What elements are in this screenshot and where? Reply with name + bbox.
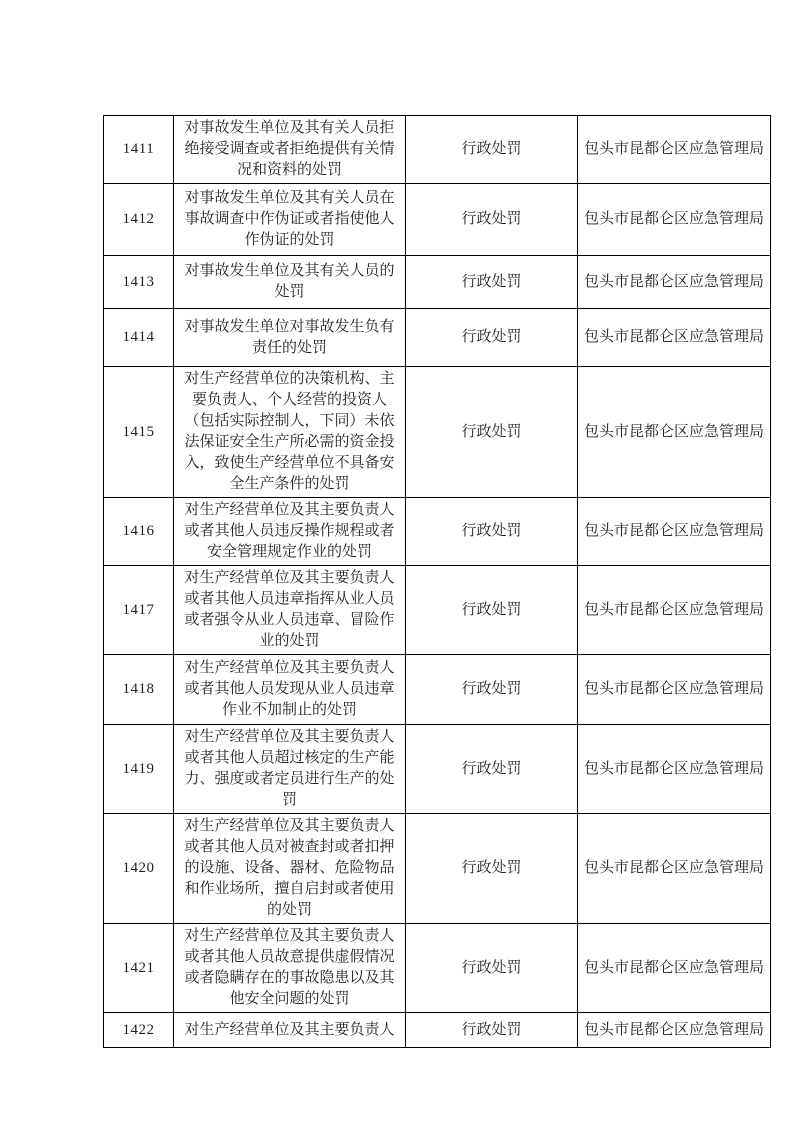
penalty-type-cell: 行政处罚 xyxy=(406,367,578,498)
department-cell: 包头市昆都仑区应急管理局 xyxy=(578,655,771,725)
department-cell: 包头市昆都仑区应急管理局 xyxy=(578,184,771,256)
department-cell: 包头市昆都仑区应急管理局 xyxy=(578,814,771,924)
penalty-item-cell: 对生产经营单位及其主要负责人或者其他人员发现从业人员违章作业不加制止的处罚 xyxy=(174,655,406,725)
row-number-cell: 1420 xyxy=(104,814,174,924)
penalty-item-cell: 对生产经营单位及其主要负责人或者其他人员故意提供虚假情况或者隐瞒存在的事故隐患以… xyxy=(174,924,406,1013)
row-number-cell: 1414 xyxy=(104,309,174,367)
table-row: 1422对生产经营单位及其主要负责人行政处罚包头市昆都仑区应急管理局 xyxy=(104,1013,771,1048)
penalty-item-cell: 对生产经营单位及其主要负责人或者其他人员超过核定的生产能力、强度或者定员进行生产… xyxy=(174,725,406,814)
penalty-type-cell: 行政处罚 xyxy=(406,498,578,566)
document-page: 1411对事故发生单位及其有关人员拒绝接受调查或者拒绝提供有关情况和资料的处罚行… xyxy=(0,0,793,1122)
department-cell: 包头市昆都仑区应急管理局 xyxy=(578,309,771,367)
department-cell: 包头市昆都仑区应急管理局 xyxy=(578,498,771,566)
penalty-item-cell: 对事故发生单位及其有关人员在事故调查中作伪证或者指使他人作伪证的处罚 xyxy=(174,184,406,256)
table-row: 1419对生产经营单位及其主要负责人或者其他人员超过核定的生产能力、强度或者定员… xyxy=(104,725,771,814)
penalty-item-cell: 对生产经营单位及其主要负责人或者其他人员违反操作规程或者安全管理规定作业的处罚 xyxy=(174,498,406,566)
table-row: 1414对事故发生单位对事故发生负有责任的处罚行政处罚包头市昆都仑区应急管理局 xyxy=(104,309,771,367)
penalty-item-cell: 对事故发生单位及其有关人员拒绝接受调查或者拒绝提供有关情况和资料的处罚 xyxy=(174,116,406,184)
penalty-item-cell: 对生产经营单位及其主要负责人或者其他人员对被查封或者扣押的设施、设备、器材、危险… xyxy=(174,814,406,924)
table-row: 1413对事故发生单位及其有关人员的处罚行政处罚包头市昆都仑区应急管理局 xyxy=(104,256,771,309)
table-row: 1411对事故发生单位及其有关人员拒绝接受调查或者拒绝提供有关情况和资料的处罚行… xyxy=(104,116,771,184)
department-cell: 包头市昆都仑区应急管理局 xyxy=(578,256,771,309)
row-number-cell: 1419 xyxy=(104,725,174,814)
table-row: 1417对生产经营单位及其主要负责人或者其他人员违章指挥从业人员或者强令从业人员… xyxy=(104,566,771,655)
row-number-cell: 1418 xyxy=(104,655,174,725)
penalty-type-cell: 行政处罚 xyxy=(406,184,578,256)
row-number-cell: 1415 xyxy=(104,367,174,498)
penalty-table-body: 1411对事故发生单位及其有关人员拒绝接受调查或者拒绝提供有关情况和资料的处罚行… xyxy=(104,116,771,1048)
penalty-type-cell: 行政处罚 xyxy=(406,655,578,725)
penalty-table: 1411对事故发生单位及其有关人员拒绝接受调查或者拒绝提供有关情况和资料的处罚行… xyxy=(103,115,771,1048)
penalty-item-cell: 对生产经营单位的决策机构、主要负责人、个人经营的投资人（包括实际控制人，下同）未… xyxy=(174,367,406,498)
row-number-cell: 1412 xyxy=(104,184,174,256)
penalty-item-cell: 对生产经营单位及其主要负责人 xyxy=(174,1013,406,1048)
row-number-cell: 1416 xyxy=(104,498,174,566)
row-number-cell: 1422 xyxy=(104,1013,174,1048)
penalty-type-cell: 行政处罚 xyxy=(406,116,578,184)
table-row: 1416对生产经营单位及其主要负责人或者其他人员违反操作规程或者安全管理规定作业… xyxy=(104,498,771,566)
department-cell: 包头市昆都仑区应急管理局 xyxy=(578,367,771,498)
row-number-cell: 1421 xyxy=(104,924,174,1013)
department-cell: 包头市昆都仑区应急管理局 xyxy=(578,924,771,1013)
penalty-type-cell: 行政处罚 xyxy=(406,256,578,309)
penalty-type-cell: 行政处罚 xyxy=(406,309,578,367)
table-row: 1420对生产经营单位及其主要负责人或者其他人员对被查封或者扣押的设施、设备、器… xyxy=(104,814,771,924)
penalty-item-cell: 对事故发生单位及其有关人员的处罚 xyxy=(174,256,406,309)
row-number-cell: 1413 xyxy=(104,256,174,309)
department-cell: 包头市昆都仑区应急管理局 xyxy=(578,116,771,184)
row-number-cell: 1411 xyxy=(104,116,174,184)
penalty-type-cell: 行政处罚 xyxy=(406,566,578,655)
row-number-cell: 1417 xyxy=(104,566,174,655)
penalty-type-cell: 行政处罚 xyxy=(406,1013,578,1048)
penalty-type-cell: 行政处罚 xyxy=(406,924,578,1013)
table-row: 1412对事故发生单位及其有关人员在事故调查中作伪证或者指使他人作伪证的处罚行政… xyxy=(104,184,771,256)
penalty-type-cell: 行政处罚 xyxy=(406,725,578,814)
penalty-type-cell: 行政处罚 xyxy=(406,814,578,924)
penalty-item-cell: 对事故发生单位对事故发生负有责任的处罚 xyxy=(174,309,406,367)
department-cell: 包头市昆都仑区应急管理局 xyxy=(578,725,771,814)
department-cell: 包头市昆都仑区应急管理局 xyxy=(578,1013,771,1048)
table-row: 1415对生产经营单位的决策机构、主要负责人、个人经营的投资人（包括实际控制人，… xyxy=(104,367,771,498)
penalty-item-cell: 对生产经营单位及其主要负责人或者其他人员违章指挥从业人员或者强令从业人员违章、冒… xyxy=(174,566,406,655)
department-cell: 包头市昆都仑区应急管理局 xyxy=(578,566,771,655)
table-row: 1418对生产经营单位及其主要负责人或者其他人员发现从业人员违章作业不加制止的处… xyxy=(104,655,771,725)
table-row: 1421对生产经营单位及其主要负责人或者其他人员故意提供虚假情况或者隐瞒存在的事… xyxy=(104,924,771,1013)
